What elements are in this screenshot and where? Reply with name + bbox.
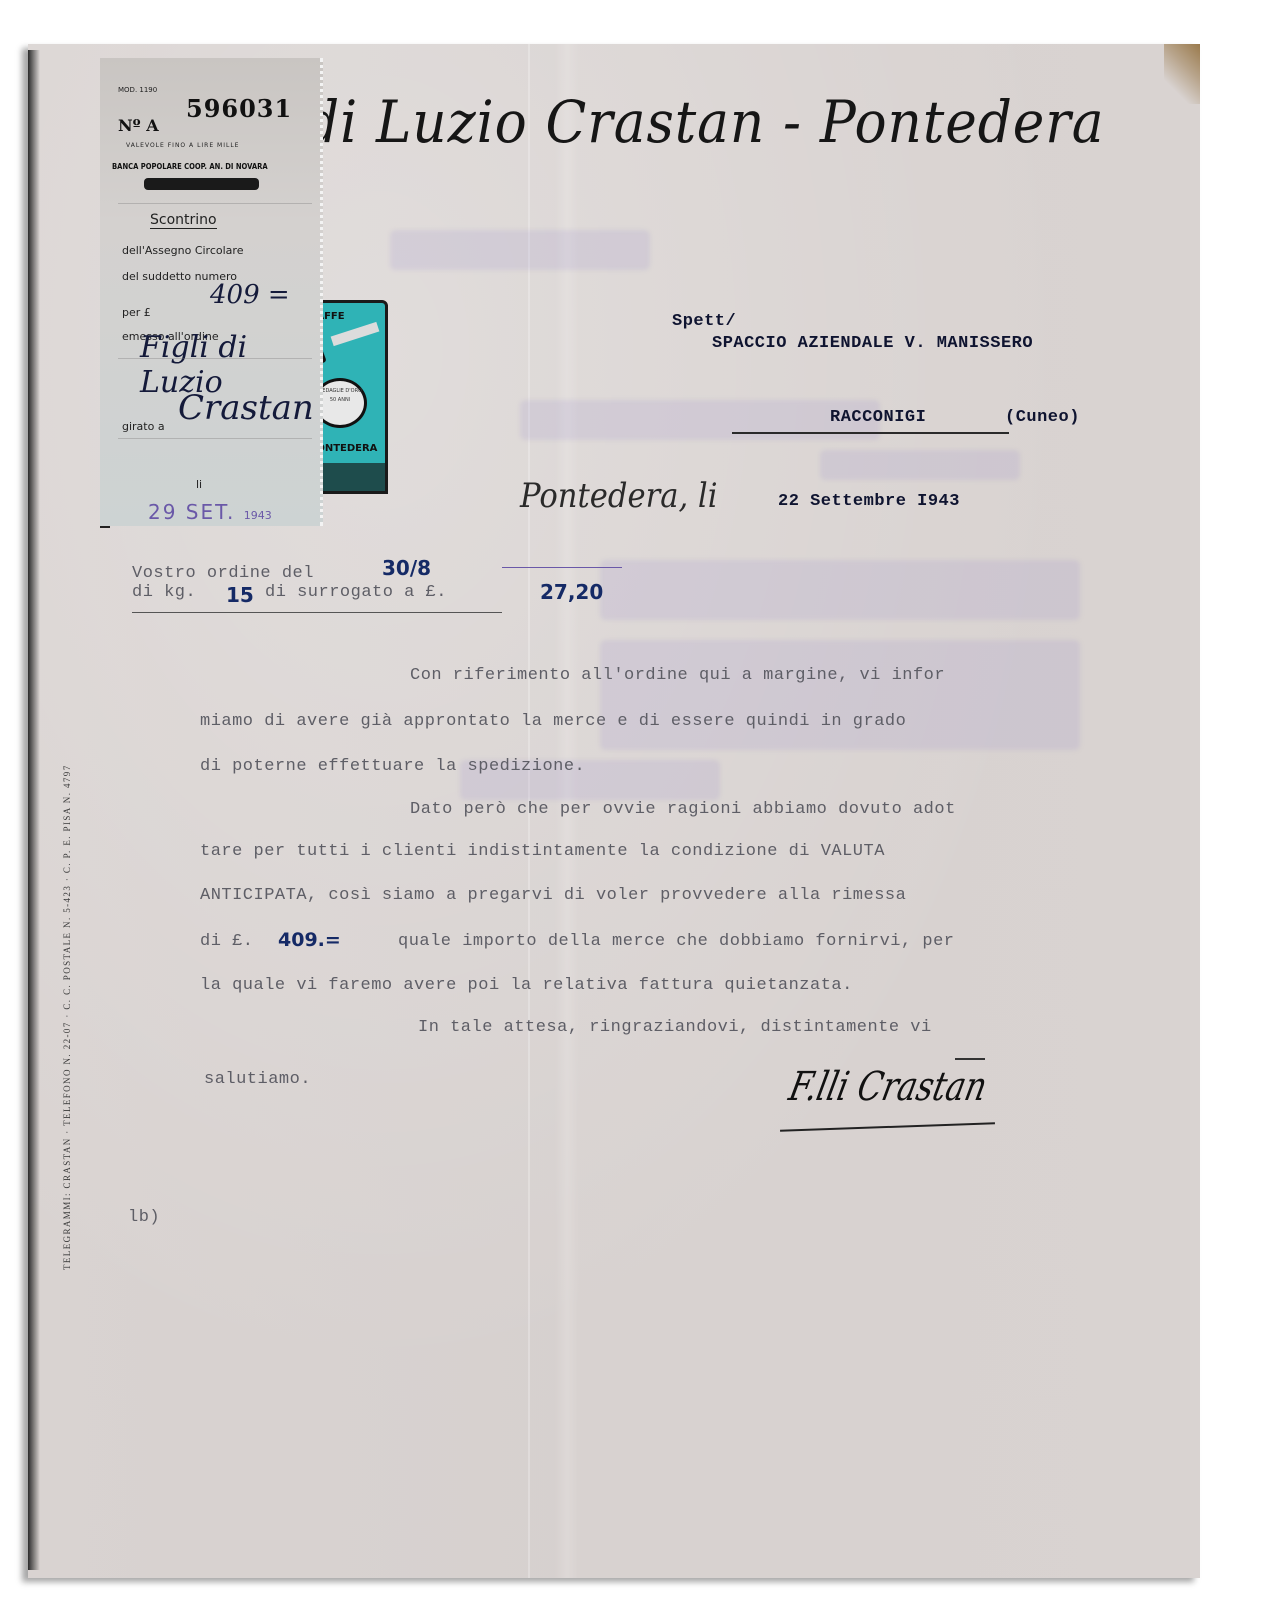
date-place: Pontedera, li (520, 476, 717, 516)
date-stamp: 29 SET. 1943 (148, 500, 272, 524)
body-line: In tale attesa, ringraziandovi, distinta… (418, 1018, 932, 1037)
remittance-amount: 409.= (278, 929, 341, 951)
branch-stamp (144, 178, 259, 190)
body-line: di poterne effettuare la spedizione. (200, 757, 585, 776)
order-date: 30/8 (382, 556, 431, 580)
bleed-through (820, 450, 1020, 480)
letter-date: 22 Settembre I943 (778, 492, 960, 511)
stub-number-prefix: Nº A (118, 116, 159, 135)
ruled-line (118, 438, 312, 439)
body-line: Con riferimento all'ordine qui a margine… (410, 666, 945, 685)
body-line: tare per tutti i clienti indistintamente… (200, 842, 885, 861)
body-line: la quale vi faremo avere poi la relativa… (200, 976, 853, 995)
recipient-salutation: Spett/ (672, 312, 736, 331)
letterhead-title: di Luzio Crastan - Pontedera (305, 88, 1104, 156)
cheque-receipt-stub: MOD. 1190 Nº A 596031 VALEVOLE FINO A LI… (100, 58, 323, 526)
handwritten-amount: 409 = (210, 280, 290, 310)
letterhead-contact-margin: TELEGRAMMI: CRASTAN · TELEFONO N. 22-07 … (62, 590, 72, 1270)
order-rule (502, 567, 622, 568)
stub-title: Scontrino (150, 212, 217, 229)
divider (118, 203, 312, 204)
sheet-edge-shadow (28, 50, 40, 1570)
recipient-name: SPACCIO AZIENDALE V. MANISSERO (712, 334, 1033, 353)
stub-model: MOD. 1190 (118, 86, 157, 94)
signature-stroke (955, 1058, 985, 1060)
order-underline (132, 612, 502, 613)
address-underline (732, 432, 1009, 434)
recipient-city: RACCONIGI (830, 408, 926, 427)
order-price: 27,20 (540, 580, 603, 604)
body-line: ANTICIPATA, così siamo a pregarvi di vol… (200, 886, 906, 905)
stub-bank: BANCA POPOLARE COOP. AN. DI NOVARA (112, 162, 268, 171)
stub-line: li (196, 478, 202, 491)
order-ref-label: Vostro ordine del (132, 564, 314, 583)
stub-line: per £ (122, 306, 151, 319)
stamp-day-month: 29 SET. (148, 500, 235, 524)
body-line: di £. (200, 932, 254, 951)
bleed-through (600, 560, 1080, 620)
label-strip (331, 322, 380, 346)
bleed-through (390, 230, 650, 270)
stamp-year: 1943 (244, 509, 272, 522)
handwritten-endorsee: Crastan (178, 388, 314, 428)
ruled-line (118, 358, 312, 359)
stub-line: dell'Assegno Circolare (122, 244, 243, 257)
order-quantity: 15 (226, 583, 254, 607)
bleed-through (520, 400, 880, 440)
body-line: Dato però che per ovvie ragioni abbiamo … (410, 800, 956, 819)
bleed-through (600, 640, 1080, 750)
stub-amount-limit: VALEVOLE FINO A LIRE MILLE (126, 142, 239, 149)
stub-line: girato a (122, 420, 165, 433)
recipient-province: (Cuneo) (1005, 408, 1080, 427)
body-line: quale importo della merce che dobbiamo f… (398, 932, 955, 951)
signature: F.lli Crastan (785, 1064, 991, 1110)
order-qty-label: di kg. (132, 583, 196, 602)
typist-reference: lb) (128, 1208, 160, 1227)
body-line: miamo di avere già approntato la merce e… (200, 712, 906, 731)
body-line: salutiamo. (204, 1070, 311, 1089)
stub-number: 596031 (186, 94, 292, 123)
order-product-label: di surrogato a £. (265, 583, 447, 602)
